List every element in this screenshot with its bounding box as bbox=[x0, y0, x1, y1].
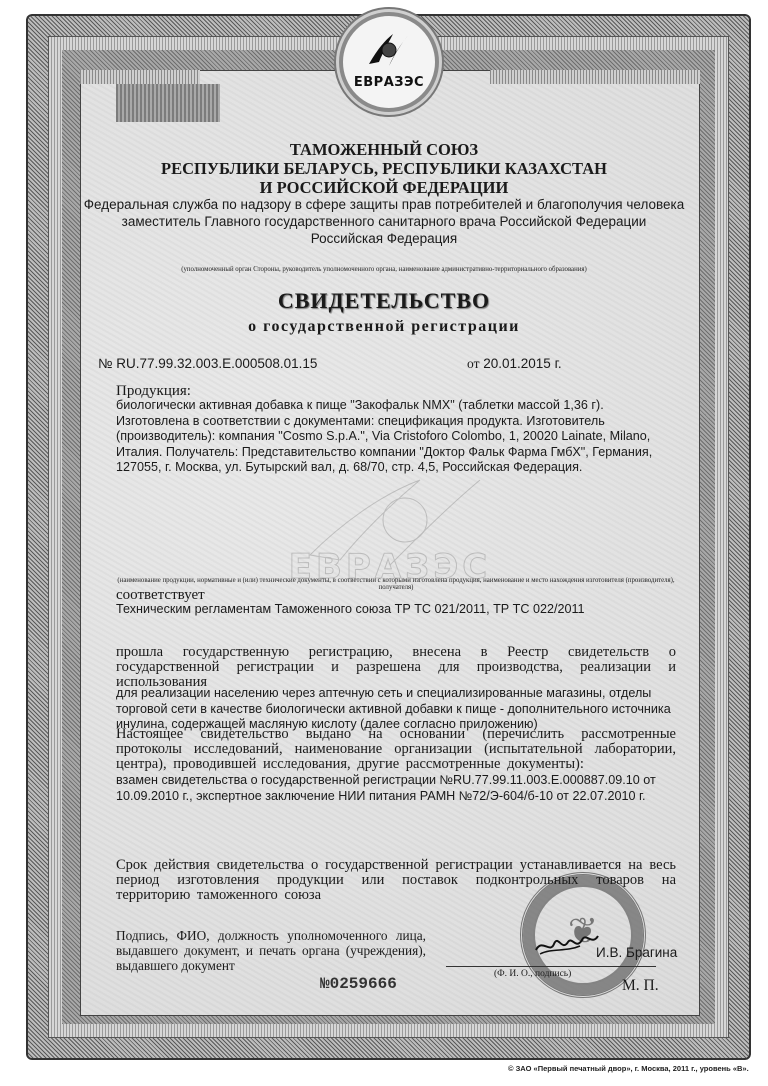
eurasec-logo-text: ЕВРАЗЭС bbox=[354, 75, 424, 90]
eurasec-emblem-icon bbox=[367, 30, 411, 70]
registration-number: № RU.77.99.32.003.E.000508.01.15 bbox=[98, 356, 317, 371]
heading-line: И РОССИЙСКОЙ ФЕДЕРАЦИИ bbox=[0, 178, 768, 197]
number-label: № bbox=[98, 356, 112, 371]
heading-line: ТАМОЖЕННЫЙ СОЮЗ bbox=[0, 140, 768, 159]
authority-caption: (уполномоченный орган Стороны, руководит… bbox=[0, 266, 768, 273]
seal-mark: М. П. bbox=[622, 977, 659, 995]
conformity-regulations: Техническим регламентам Таможенного союз… bbox=[116, 602, 676, 618]
signature-line bbox=[446, 966, 656, 967]
product-description: биологически активная добавка к пище "За… bbox=[116, 398, 676, 476]
date-value: 20.01.2015 г. bbox=[483, 356, 561, 371]
authority-line: Российская Федерация bbox=[0, 230, 768, 247]
authority-block: Федеральная служба по надзору в сфере за… bbox=[0, 196, 768, 247]
authority-line: Федеральная служба по надзору в сфере за… bbox=[0, 196, 768, 213]
printer-footer: © ЗАО «Первый печатный двор», г. Москва,… bbox=[508, 1064, 749, 1073]
date-label: от bbox=[467, 356, 479, 371]
eurasec-emblem: ЕВРАЗЭС bbox=[339, 12, 439, 112]
signature-caption: (Ф. И. О., подпись) bbox=[494, 969, 571, 979]
registration-statement: прошла государственную регистрацию, внес… bbox=[116, 645, 676, 690]
customs-union-heading: ТАМОЖЕННЫЙ СОЮЗ РЕСПУБЛИКИ БЕЛАРУСЬ, РЕС… bbox=[0, 140, 768, 197]
handwritten-signature bbox=[532, 928, 602, 958]
signer-name: И.В. Брагина bbox=[596, 945, 677, 960]
number-value: RU.77.99.32.003.E.000508.01.15 bbox=[116, 356, 317, 371]
registration-date: от 20.01.2015 г. bbox=[467, 356, 562, 372]
product-label: Продукция: bbox=[116, 384, 676, 399]
document-subtitle: о государственной регистрации bbox=[0, 318, 768, 336]
conformity-label: соответствует bbox=[116, 588, 676, 603]
form-serial-number: №0259666 bbox=[320, 975, 397, 993]
basis-label: Настоящее свидетельство выдано на основа… bbox=[116, 727, 676, 772]
validity-term: Срок действия свидетельства о государств… bbox=[116, 858, 676, 903]
signature-label: Подпись, ФИО, должность уполномоченного … bbox=[116, 928, 426, 973]
document-title: СВИДЕТЕЛЬСТВО bbox=[0, 288, 768, 314]
heading-line: РЕСПУБЛИКИ БЕЛАРУСЬ, РЕСПУБЛИКИ КАЗАХСТА… bbox=[0, 159, 768, 178]
certificate-content: ТАМОЖЕННЫЙ СОЮЗ РЕСПУБЛИКИ БЕЛАРУСЬ, РЕС… bbox=[0, 0, 768, 1086]
authority-line: заместитель Главного государственного са… bbox=[0, 213, 768, 230]
basis-documents: взамен свидетельства о государственной р… bbox=[116, 773, 676, 804]
